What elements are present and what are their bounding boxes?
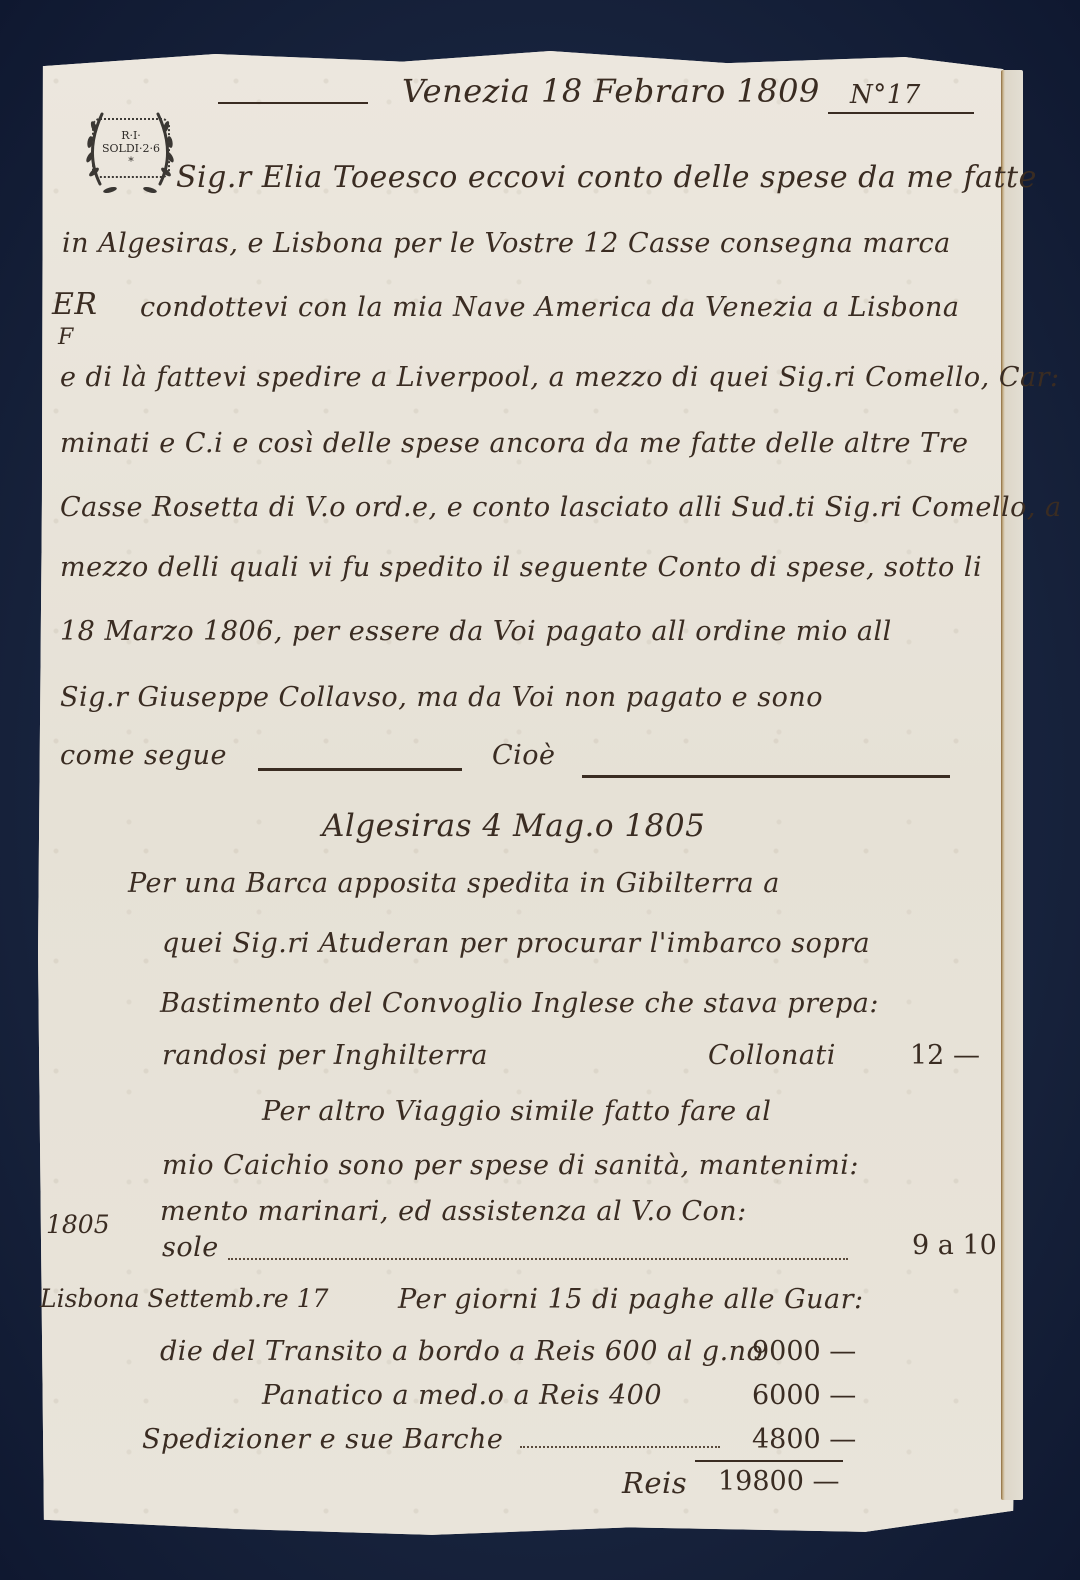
cioe-label: Cioè [492, 740, 556, 771]
leader-dots-2 [520, 1446, 720, 1448]
section1-entry2-line-4: sole [162, 1232, 219, 1263]
section1-entry2-line-1: Per altro Viaggio simile fatto fare al [262, 1096, 771, 1127]
section1-entry2-amount: 9 a 10 [912, 1230, 997, 1261]
document-paper [38, 48, 1023, 1556]
merchant-mark: ER [52, 287, 98, 322]
section2-item-2-label: Panatico a med.o a Reis 400 [262, 1380, 662, 1411]
total-rule [695, 1460, 843, 1462]
body-line-6: Casse Rosetta di V.o ord.e, e conto lasc… [60, 492, 1062, 523]
leader-dots [228, 1258, 848, 1260]
body-line-7: mezzo delli quali vi fu spedito il segue… [60, 552, 982, 583]
tax-stamp: R·I· SOLDI·2·6 * [80, 102, 180, 197]
stamp-ornament: * [128, 155, 134, 168]
body-line-10: come segue [60, 740, 227, 771]
section1-entry1-line-2: quei Sig.ri Atuderan per procurar l'imba… [162, 928, 870, 959]
stamp-line-2: SOLDI·2·6 [102, 142, 160, 155]
section1-entry1-line-1: Per una Barca apposita spedita in Gibilt… [128, 868, 780, 899]
header-place-date: Venezia 18 Febraro 1809 [402, 72, 820, 110]
section1-margin-year: 1805 [46, 1210, 110, 1239]
total-amount: 19800 — [718, 1466, 839, 1497]
section2-entry-line-2: die del Transito a bordo a Reis 600 al g… [160, 1336, 763, 1367]
body-line-4: e di là fattevi spedire a Liverpool, a m… [60, 362, 1060, 393]
section1-heading: Algesiras 4 Mag.o 1805 [322, 808, 705, 844]
header-rule-right [828, 112, 974, 114]
paper-torn-edge [1001, 70, 1023, 1500]
stamp-label: R·I· SOLDI·2·6 * [92, 118, 170, 178]
section1-currency: Collonati [708, 1040, 836, 1071]
body-line-2: in Algesiras, e Lisbona per le Vostre 12… [62, 228, 951, 259]
body-line-5: minati e C.i e così delle spese ancora d… [60, 428, 968, 459]
section1-entry1-amount: 12 — [910, 1040, 980, 1071]
section2-item-1-amount: 9000 — [752, 1336, 856, 1367]
body-line-1: Sig.r Elia Toeesco eccovi conto delle sp… [176, 160, 1037, 195]
section1-entry2-line-2: mio Caichio sono per spese di sanità, ma… [162, 1150, 859, 1181]
section2-item-2-amount: 6000 — [752, 1380, 856, 1411]
header-number: N°17 [850, 80, 921, 110]
body-line-8: 18 Marzo 1806, per essere da Voi pagato … [60, 616, 892, 647]
section2-item-3-label: Spedizioner e sue Barche [142, 1424, 503, 1455]
stamp-line-1: R·I· [121, 129, 141, 142]
section1-entry1-line-3: Bastimento del Convoglio Inglese che sta… [160, 988, 879, 1019]
section2-item-3-amount: 4800 — [752, 1424, 856, 1455]
cioe-rule-right [582, 775, 950, 778]
section1-entry2-line-3: mento marinari, ed assistenza al V.o Con… [160, 1196, 747, 1227]
cioe-rule-left [258, 768, 462, 771]
merchant-mark-sub: F [58, 325, 74, 350]
body-line-9: Sig.r Giuseppe Collavso, ma da Voi non p… [60, 682, 823, 713]
section2-margin-place: Lisbona Settemb.re 17 [40, 1284, 328, 1313]
section1-entry1-line-4: randosi per Inghilterra [162, 1040, 488, 1071]
section2-entry-line-1: Per giorni 15 di paghe alle Guar: [398, 1284, 864, 1315]
total-label: Reis [622, 1466, 687, 1500]
body-line-3: condottevi con la mia Nave America da Ve… [140, 292, 960, 323]
header-rule-left [218, 102, 368, 104]
